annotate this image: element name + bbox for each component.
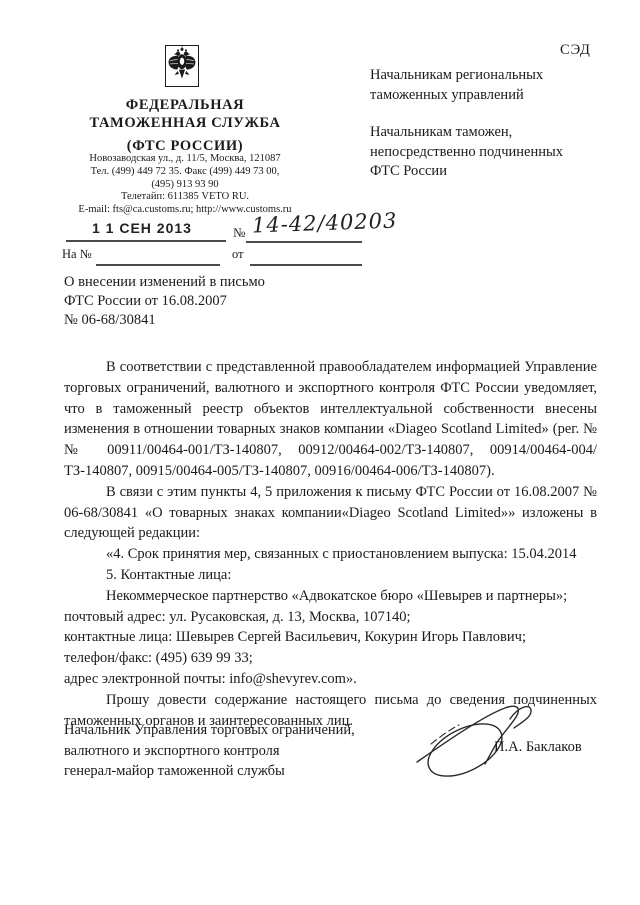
body-paragraph: В связи с этим пункты 4, 5 приложения к … [64,482,597,544]
org-name-line2: ТАМОЖЕННАЯ СЛУЖБА [40,114,330,132]
number-sign: № [233,225,245,241]
incoming-number-label: На № [62,247,92,262]
incoming-date-underline [250,264,362,266]
address-line: (495) 913 93 90 [40,179,330,192]
body-paragraph: телефон/факс: (495) 639 99 33; [64,648,597,669]
body-paragraph: 5. Контактные лица: [64,565,597,586]
signer-name: П.А. Баклаков [494,739,582,756]
document-page: СЭД [0,0,640,905]
incoming-number-underline [96,264,220,266]
address-line: Тел. (499) 449 72 35. Факс (499) 449 73 … [40,166,330,179]
date-stamp: 1 1 СЕН 2013 [92,220,192,236]
incoming-date-label: от [232,247,244,262]
letterhead-address: Новозаводская ул., д. 11/5, Москва, 1210… [40,153,330,217]
body-paragraph: «4. Срок принятия мер, связанных с приос… [64,544,597,565]
body-paragraph: контактные лица: Шевырев Сергей Васильев… [64,627,597,648]
org-name: ФЕДЕРАЛЬНАЯ ТАМОЖЕННАЯ СЛУЖБА (ФТС РОССИ… [40,96,330,155]
number-underline [246,241,362,243]
body-paragraph: Некоммерческое партнерство «Адвокатское … [64,586,597,607]
body-paragraph: В соответствии с представленной правообл… [64,357,597,482]
recipients-block: Начальникам региональных таможенных упра… [370,66,605,182]
address-line: Новозаводская ул., д. 11/5, Москва, 1210… [40,153,330,166]
letter-body: В соответствии с представленной правообл… [64,357,597,731]
double-headed-eagle-icon [167,45,197,87]
address-line: Телетайп: 611385 VETO RU. [40,191,330,204]
sed-label: СЭД [560,42,591,59]
outgoing-number-handwritten: 14-42/40203 [252,208,398,237]
body-paragraph: почтовый адрес: ул. Русаковская, д. 13, … [64,607,597,628]
org-name-line1: ФЕДЕРАЛЬНАЯ [40,96,330,114]
emblem-frame [165,45,199,87]
body-paragraph: адрес электронной почты: info@shevyrev.c… [64,669,597,690]
signature-position: Начальник Управления торговых ограничени… [64,720,394,782]
recipient-item: Начальникам таможен, непосредственно под… [370,123,605,182]
date-underline [66,240,226,242]
recipient-item: Начальникам региональных таможенных упра… [370,66,605,105]
subject-block: О внесении изменений в письмо ФТС России… [64,273,344,330]
